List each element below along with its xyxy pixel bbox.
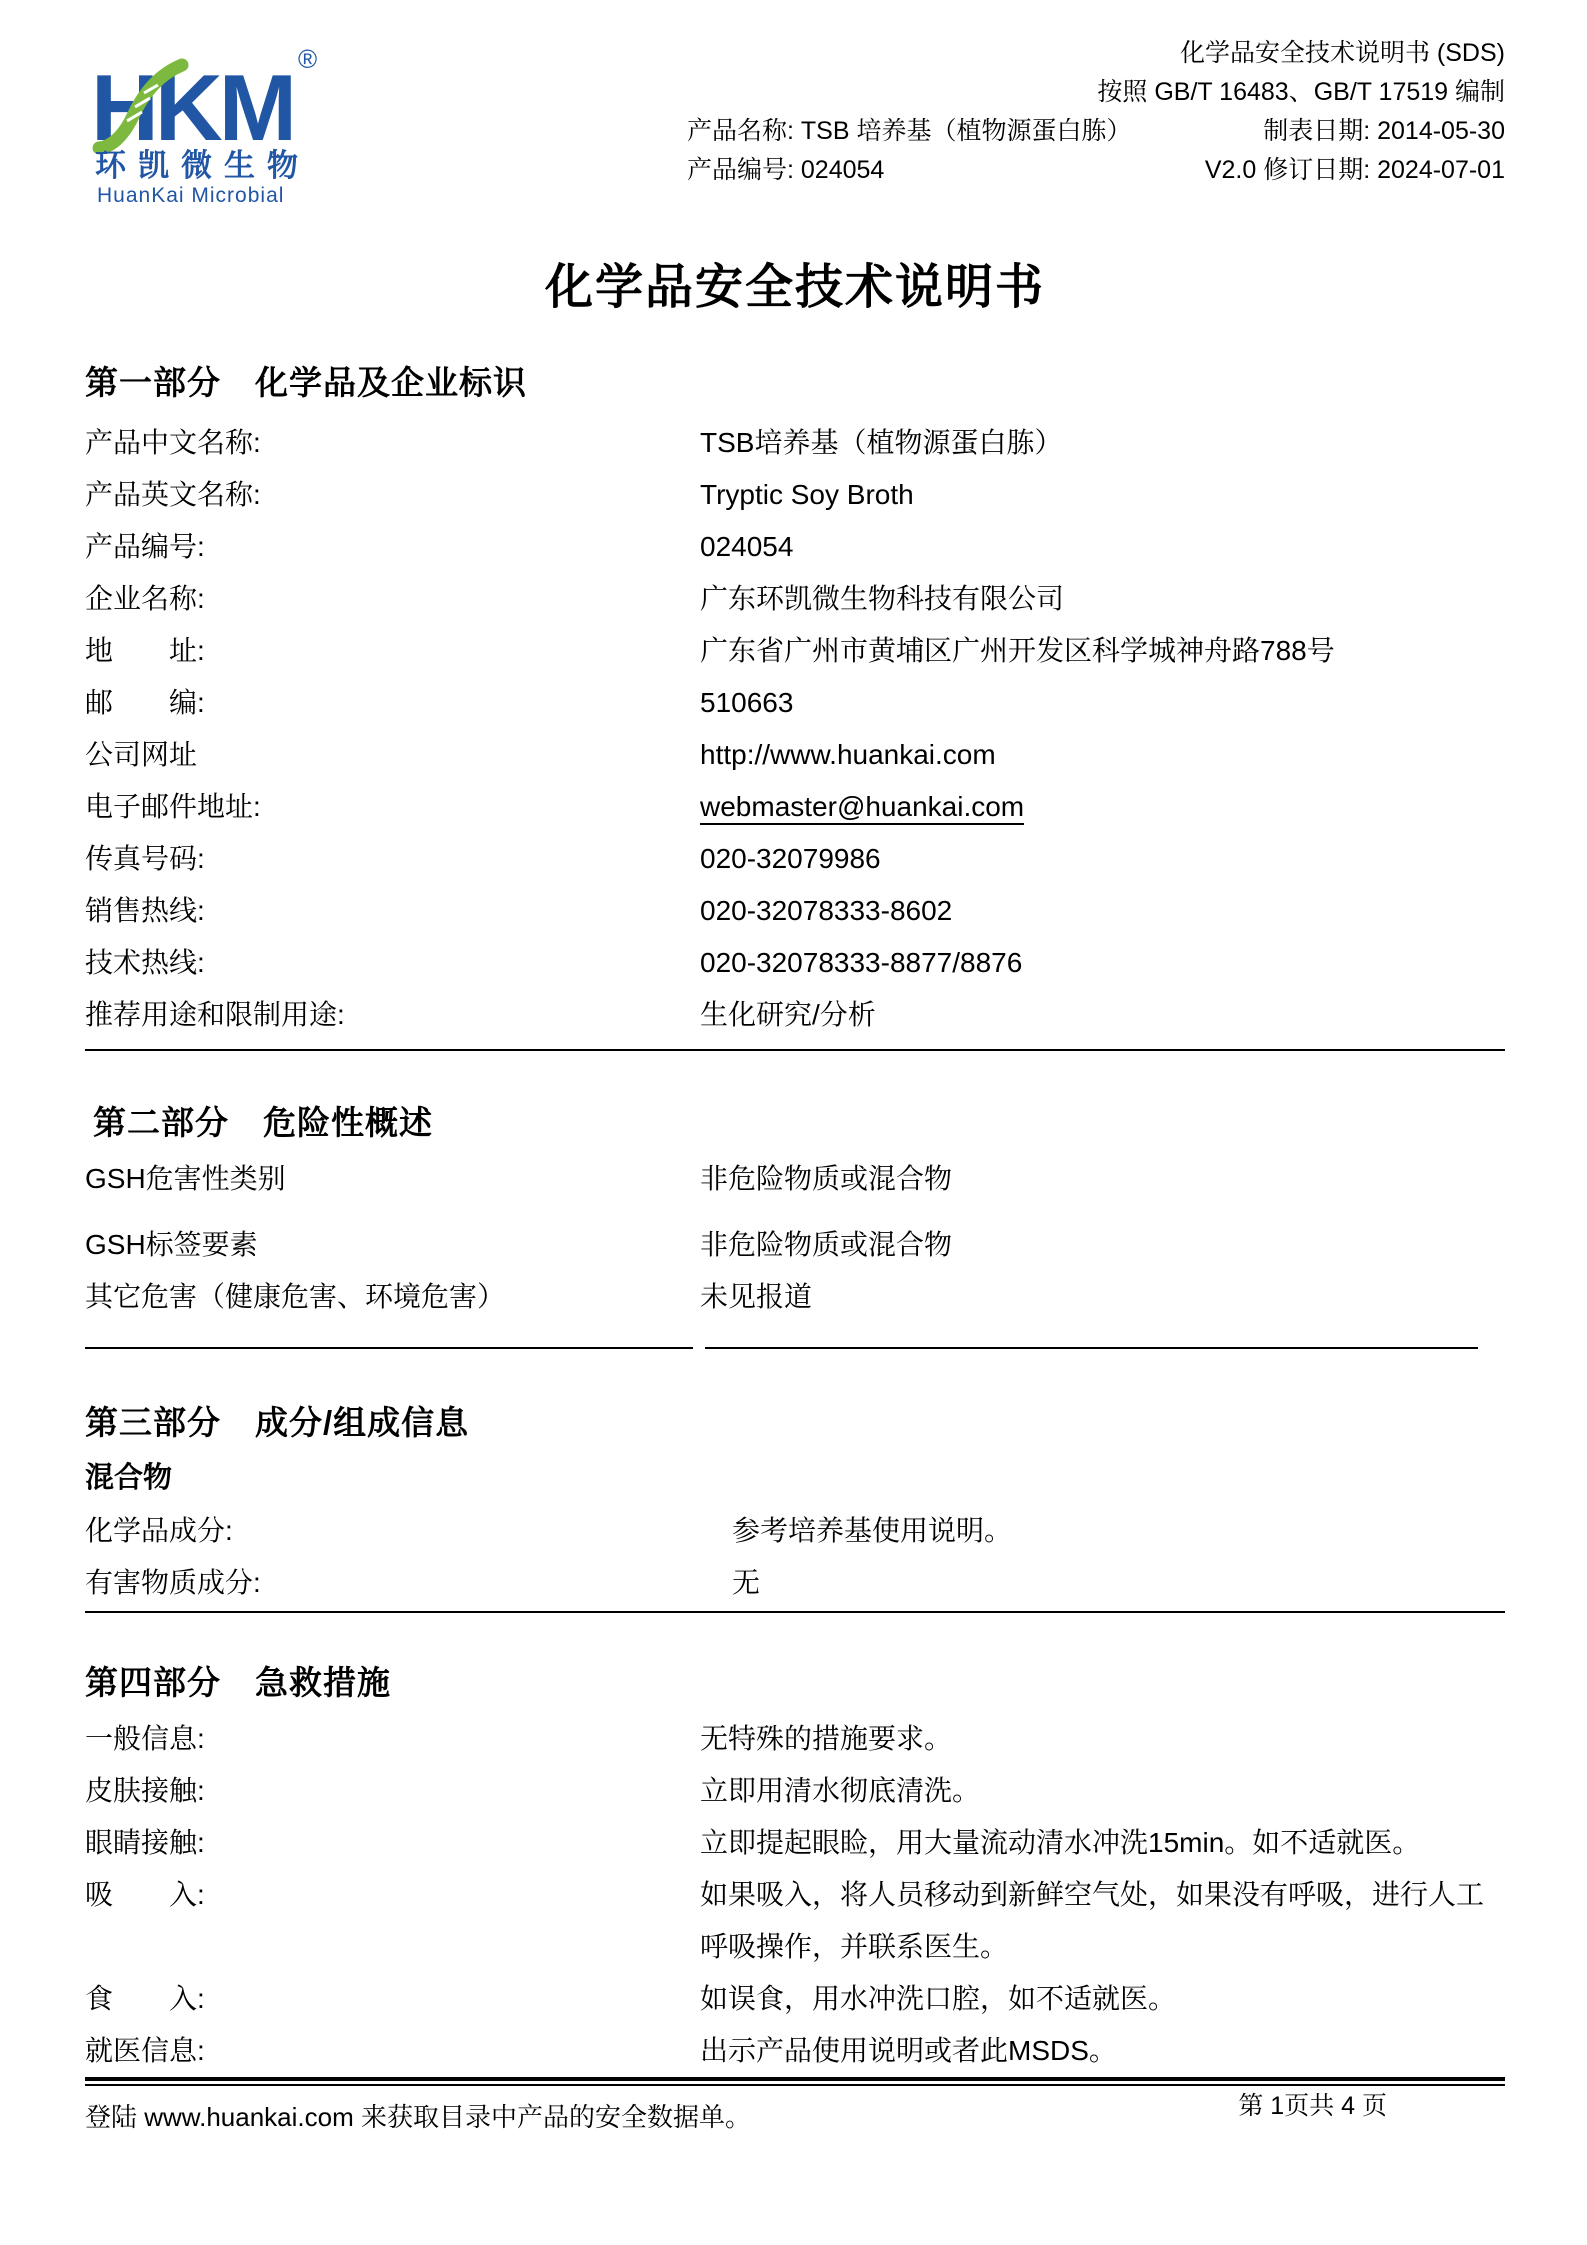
page-number: 第 1页共 4 页 xyxy=(1238,2090,1387,2122)
field-row: 其它危害（健康危害、环境危害） 未见报道 xyxy=(85,1271,1505,1323)
field-value: 未见报道 xyxy=(700,1281,812,1312)
field-value: 024054 xyxy=(700,531,793,562)
field-value-cell: 生化研究/分析 xyxy=(700,989,1488,1041)
field-row: 有害物质成分: 无 xyxy=(85,1557,1505,1609)
field-row: 化学品成分: 参考培养基使用说明。 xyxy=(85,1505,1505,1557)
field-value: 广东省广州市黄埔区广州开发区科学城神舟路788号 xyxy=(700,635,1335,666)
field-value: 非危险物质或混合物 xyxy=(700,1229,952,1260)
divider-segment-left xyxy=(85,1347,693,1349)
footer-note: 登陆 www.huankai.com 来获取目录中产品的安全数据单。 xyxy=(85,2100,751,2134)
field-label: 销售热线: xyxy=(85,885,700,937)
field-label: 就医信息: xyxy=(85,2025,700,2077)
standard-reference-line: 按照 GB/T 16483、GB/T 17519 编制 xyxy=(687,73,1505,112)
field-row: GSH标签要素 非危险物质或混合物 xyxy=(85,1219,1505,1271)
field-value-cell: 如误食，用水冲洗口腔，如不适就医。 xyxy=(700,1973,1488,2025)
field-value: 立即用清水彻底清洗。 xyxy=(700,1775,980,1806)
document-header: HKM ® 环凯微生物 HuanKai Microbial 化学品安全技术说明书… xyxy=(85,0,1505,213)
field-value: 非危险物质或混合物 xyxy=(700,1163,952,1194)
field-value-cell: 出示产品使用说明或者此MSDS。 xyxy=(700,2025,1488,2077)
section-divider xyxy=(85,1049,1505,1051)
footer-rule xyxy=(85,2077,1505,2086)
field-value-cell: 020-32078333-8877/8876 xyxy=(700,937,1488,989)
field-label: 化学品成分: xyxy=(85,1505,700,1557)
sds-document-page: HKM ® 环凯微生物 HuanKai Microbial 化学品安全技术说明书… xyxy=(0,0,1587,2245)
field-label: 产品中文名称: xyxy=(85,417,700,469)
field-label: 产品英文名称: xyxy=(85,469,700,521)
section-rows: 产品中文名称: TSB培养基（植物源蛋白胨） 产品英文名称: Tryptic S… xyxy=(85,417,1505,1041)
field-row: 产品编号: 024054 xyxy=(85,521,1505,573)
field-value-cell: 无 xyxy=(700,1557,1488,1609)
page-title: 化学品安全技术说明书 xyxy=(85,259,1505,317)
field-value: 无特殊的措施要求。 xyxy=(700,1723,952,1754)
section-rows: 化学品成分: 参考培养基使用说明。 有害物质成分: 无 xyxy=(85,1505,1505,1609)
section-divider xyxy=(85,1611,1505,1613)
field-label: 吸 入: xyxy=(85,1869,700,1973)
hkm-logo-graphic: HKM ® 环凯微生物 HuanKai Microbial xyxy=(85,28,395,206)
logo-en-name: HuanKai Microbial xyxy=(97,184,284,206)
company-logo: HKM ® 环凯微生物 HuanKai Microbial xyxy=(85,28,395,213)
logo-registered-mark: ® xyxy=(298,44,317,74)
section-composition-info: 第三部分 成分/组成信息 混合物 化学品成分: 参考培养基使用说明。 有害物质成… xyxy=(85,1401,1505,1609)
field-value: 020-32078333-8602 xyxy=(700,895,952,926)
field-value: 如误食，用水冲洗口腔，如不适就医。 xyxy=(700,1983,1176,2014)
email-link[interactable]: webmaster@huankai.com xyxy=(700,791,1024,825)
field-value-cell: 非危险物质或混合物 xyxy=(700,1219,1488,1271)
header-revision-date: V2.0 修订日期: 2024-07-01 xyxy=(1205,151,1505,190)
field-value-cell: 广东环凯微生物科技有限公司 xyxy=(700,573,1488,625)
field-label: GSH标签要素 xyxy=(85,1219,700,1271)
field-label: 推荐用途和限制用途: xyxy=(85,989,700,1041)
section-hazard-overview: 第二部分 危险性概述 GSH危害性类别 非危险物质或混合物 GSH标签要素 非危… xyxy=(85,1101,1505,1323)
field-label: 有害物质成分: xyxy=(85,1557,700,1609)
sds-header-title: 化学品安全技术说明书 (SDS) xyxy=(687,34,1505,73)
field-value: 立即提起眼睑，用大量流动清水冲洗15min。如不适就医。 xyxy=(700,1827,1420,1858)
field-label: 地 址: xyxy=(85,625,700,677)
field-row: 邮 编: 510663 xyxy=(85,677,1505,729)
field-row: 产品英文名称: Tryptic Soy Broth xyxy=(85,469,1505,521)
field-row: 吸 入: 如果吸入，将人员移动到新鲜空气处，如果没有呼吸，进行人工呼吸操作，并联… xyxy=(85,1869,1505,1973)
section-rows: GSH危害性类别 非危险物质或混合物 GSH标签要素 非危险物质或混合物 其它危… xyxy=(85,1153,1505,1323)
field-value-cell: 立即用清水彻底清洗。 xyxy=(700,1765,1488,1817)
section-heading: 第一部分 化学品及企业标识 xyxy=(85,361,1505,405)
field-label: 眼睛接触: xyxy=(85,1817,700,1869)
field-label: 传真号码: xyxy=(85,833,700,885)
header-table-date: 制表日期: 2014-05-30 xyxy=(1263,112,1505,151)
section-rows: 一般信息: 无特殊的措施要求。 皮肤接触: 立即用清水彻底清洗。 眼睛接触: 立… xyxy=(85,1713,1505,2077)
field-value: Tryptic Soy Broth xyxy=(700,479,914,510)
field-row: 企业名称: 广东环凯微生物科技有限公司 xyxy=(85,573,1505,625)
field-value: 020-32078333-8877/8876 xyxy=(700,947,1022,978)
field-value-cell: 未见报道 xyxy=(700,1271,1488,1323)
section-heading: 第三部分 成分/组成信息 xyxy=(85,1401,1505,1445)
field-value-cell: 024054 xyxy=(700,521,1488,573)
section-chemical-company-id: 第一部分 化学品及企业标识 产品中文名称: TSB培养基（植物源蛋白胨） 产品英… xyxy=(85,361,1505,1041)
field-row: GSH危害性类别 非危险物质或混合物 xyxy=(85,1153,1505,1205)
field-row: 一般信息: 无特殊的措施要求。 xyxy=(85,1713,1505,1765)
field-label: 企业名称: xyxy=(85,573,700,625)
field-value-cell: Tryptic Soy Broth xyxy=(700,469,1488,521)
field-value-cell: 020-32078333-8602 xyxy=(700,885,1488,937)
field-value: 如果吸入，将人员移动到新鲜空气处，如果没有呼吸，进行人工呼吸操作，并联系医生。 xyxy=(700,1879,1484,1962)
field-label: GSH危害性类别 xyxy=(85,1153,700,1205)
field-value: 510663 xyxy=(700,687,793,718)
logo-cn-name: 环凯微生物 xyxy=(95,148,310,183)
field-row: 食 入: 如误食，用水冲洗口腔，如不适就医。 xyxy=(85,1973,1505,2025)
field-row: 传真号码: 020-32079986 xyxy=(85,833,1505,885)
field-label: 邮 编: xyxy=(85,677,700,729)
field-value-cell: 参考培养基使用说明。 xyxy=(700,1505,1488,1557)
field-label: 皮肤接触: xyxy=(85,1765,700,1817)
field-label: 一般信息: xyxy=(85,1713,700,1765)
field-value: 参考培养基使用说明。 xyxy=(732,1515,1012,1546)
field-row: 眼睛接触: 立即提起眼睑，用大量流动清水冲洗15min。如不适就医。 xyxy=(85,1817,1505,1869)
field-value-cell: 510663 xyxy=(700,677,1488,729)
section-first-aid: 第四部分 急救措施 一般信息: 无特殊的措施要求。 皮肤接触: 立即用清水彻底清… xyxy=(85,1661,1505,2077)
field-value-cell: 立即提起眼睑，用大量流动清水冲洗15min。如不适就医。 xyxy=(700,1817,1488,1869)
field-value-cell: 如果吸入，将人员移动到新鲜空气处，如果没有呼吸，进行人工呼吸操作，并联系医生。 xyxy=(700,1869,1488,1973)
field-value-cell: webmaster@huankai.com xyxy=(700,781,1488,833)
field-row: 销售热线: 020-32078333-8602 xyxy=(85,885,1505,937)
section-heading: 第二部分 危险性概述 xyxy=(85,1101,1505,1145)
field-value: 生化研究/分析 xyxy=(700,999,876,1030)
field-label: 其它危害（健康危害、环境危害） xyxy=(85,1271,700,1323)
field-value: 无 xyxy=(732,1567,760,1598)
field-row: 就医信息: 出示产品使用说明或者此MSDS。 xyxy=(85,2025,1505,2077)
field-label: 食 入: xyxy=(85,1973,700,2025)
split-divider xyxy=(85,1347,1505,1349)
field-label: 技术热线: xyxy=(85,937,700,989)
section-heading: 第四部分 急救措施 xyxy=(85,1661,1505,1705)
header-info-block: 化学品安全技术说明书 (SDS) 按照 GB/T 16483、GB/T 1751… xyxy=(687,28,1505,213)
field-row: 地 址: 广东省广州市黄埔区广州开发区科学城神舟路788号 xyxy=(85,625,1505,677)
divider-segment-right xyxy=(705,1347,1478,1349)
field-value: http://www.huankai.com xyxy=(700,739,996,770)
field-row: 电子邮件地址: webmaster@huankai.com xyxy=(85,781,1505,833)
field-row: 公司网址 http://www.huankai.com xyxy=(85,729,1505,781)
field-row: 推荐用途和限制用途: 生化研究/分析 xyxy=(85,989,1505,1041)
field-row: 技术热线: 020-32078333-8877/8876 xyxy=(85,937,1505,989)
header-product-code: 产品编号: 024054 xyxy=(687,151,884,190)
mixture-subheading: 混合物 xyxy=(85,1457,1505,1499)
field-value: 020-32079986 xyxy=(700,843,881,874)
field-label: 电子邮件地址: xyxy=(85,781,700,833)
field-label: 产品编号: xyxy=(85,521,700,573)
field-value-cell: 020-32079986 xyxy=(700,833,1488,885)
field-value-cell: TSB培养基（植物源蛋白胨） xyxy=(700,417,1488,469)
field-value-cell: 非危险物质或混合物 xyxy=(700,1153,1488,1205)
field-value-cell: 无特殊的措施要求。 xyxy=(700,1713,1488,1765)
page-footer: 登陆 www.huankai.com 来获取目录中产品的安全数据单。 第 1页共… xyxy=(85,2088,1505,2134)
field-value: 广东环凯微生物科技有限公司 xyxy=(700,583,1064,614)
field-value-cell: http://www.huankai.com xyxy=(700,729,1488,781)
field-row: 皮肤接触: 立即用清水彻底清洗。 xyxy=(85,1765,1505,1817)
field-label: 公司网址 xyxy=(85,729,700,781)
field-row: 产品中文名称: TSB培养基（植物源蛋白胨） xyxy=(85,417,1505,469)
field-value: TSB培养基（植物源蛋白胨） xyxy=(700,427,1062,458)
field-value: 出示产品使用说明或者此MSDS。 xyxy=(700,2035,1117,2066)
header-product-name: 产品名称: TSB 培养基（植物源蛋白胨） xyxy=(687,112,1131,151)
field-value-cell: 广东省广州市黄埔区广州开发区科学城神舟路788号 xyxy=(700,625,1488,677)
